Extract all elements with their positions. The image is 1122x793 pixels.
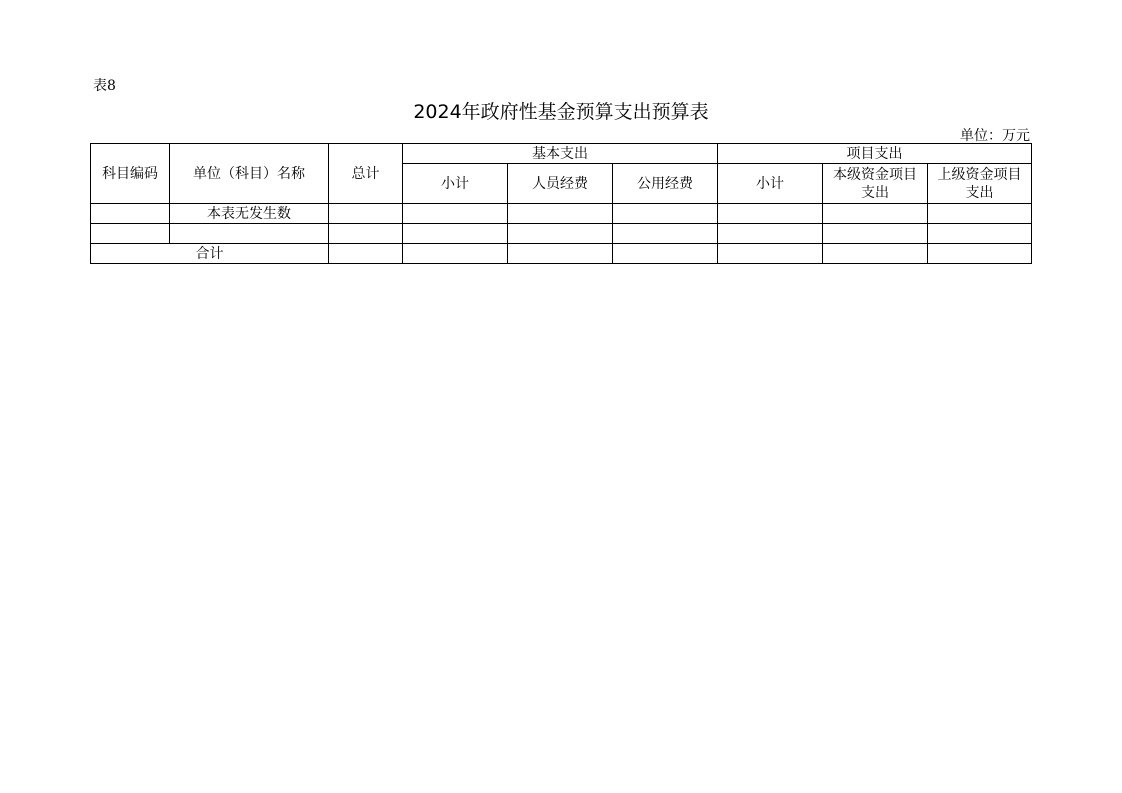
cell-name xyxy=(170,224,329,244)
header-upper-project-line2: 支出 xyxy=(928,184,1031,202)
cell-project-subtotal xyxy=(718,224,823,244)
total-local-project xyxy=(823,244,928,264)
header-project-expenditure: 项目支出 xyxy=(718,144,1032,164)
header-upper-project: 上级资金项目 支出 xyxy=(928,164,1032,204)
table-row: 本表无发生数 xyxy=(91,204,1032,224)
cell-basic-subtotal xyxy=(403,204,508,224)
cell-local-project xyxy=(823,204,928,224)
header-upper-project-line1: 上级资金项目 xyxy=(928,166,1031,184)
cell-total xyxy=(329,224,403,244)
total-upper-project xyxy=(928,244,1032,264)
cell-project-subtotal xyxy=(718,204,823,224)
header-unit-name: 单位（科目）名称 xyxy=(170,144,329,204)
cell-personnel xyxy=(508,204,613,224)
cell-upper-project xyxy=(928,224,1032,244)
total-total xyxy=(329,244,403,264)
header-basic-subtotal: 小计 xyxy=(403,164,508,204)
header-public: 公用经费 xyxy=(613,164,718,204)
table-number: 表8 xyxy=(93,75,116,95)
total-personnel xyxy=(508,244,613,264)
total-row: 合计 xyxy=(91,244,1032,264)
header-local-project: 本级资金项目 支出 xyxy=(823,164,928,204)
header-personnel: 人员经费 xyxy=(508,164,613,204)
cell-code xyxy=(91,204,170,224)
cell-public xyxy=(613,224,718,244)
header-local-project-line2: 支出 xyxy=(823,184,927,202)
header-row-1: 科目编码 单位（科目）名称 总计 基本支出 项目支出 xyxy=(91,144,1032,164)
cell-name: 本表无发生数 xyxy=(170,204,329,224)
total-label: 合计 xyxy=(91,244,329,264)
cell-basic-subtotal xyxy=(403,224,508,244)
cell-personnel xyxy=(508,224,613,244)
total-project-subtotal xyxy=(718,244,823,264)
header-total: 总计 xyxy=(329,144,403,204)
cell-code xyxy=(91,224,170,244)
total-basic-subtotal xyxy=(403,244,508,264)
budget-table: 科目编码 单位（科目）名称 总计 基本支出 项目支出 小计 人员经费 公用经费 … xyxy=(90,143,1032,264)
document-title: 2024年政府性基金预算支出预算表 xyxy=(0,97,1122,124)
cell-upper-project xyxy=(928,204,1032,224)
cell-public xyxy=(613,204,718,224)
table-row xyxy=(91,224,1032,244)
total-public xyxy=(613,244,718,264)
header-basic-expenditure: 基本支出 xyxy=(403,144,718,164)
header-local-project-line1: 本级资金项目 xyxy=(823,166,927,184)
cell-local-project xyxy=(823,224,928,244)
header-project-subtotal: 小计 xyxy=(718,164,823,204)
unit-label: 单位：万元 xyxy=(960,125,1030,145)
cell-total xyxy=(329,204,403,224)
header-subject-code: 科目编码 xyxy=(91,144,170,204)
